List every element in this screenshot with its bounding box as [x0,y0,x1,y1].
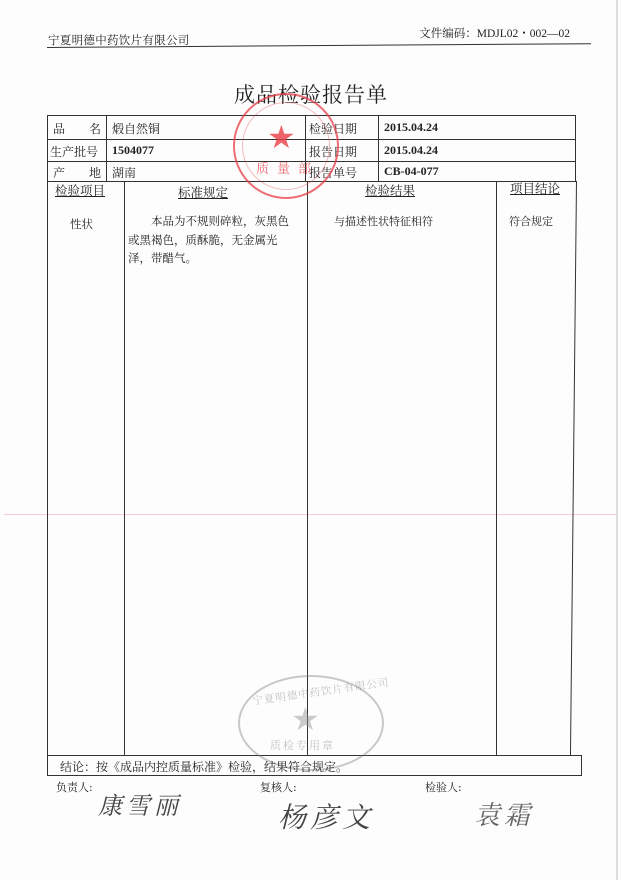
star-icon: ★ [267,118,296,156]
reviewer-signature: 杨彦文 [278,796,374,836]
col-header-standard: 标准规定 [178,183,228,201]
file-code-value: MDJL02・002—02 [477,28,570,40]
scan-artifact-line [4,514,616,515]
col-header-conclusion: 项目结论 [510,179,560,197]
row-conclusion: 符合规定 [509,213,553,229]
inspector-label: 检验人: [425,779,462,795]
batch-label: 生产批号 [50,143,98,160]
reviewer-label: 复核人: [260,779,297,795]
file-code-label: 文件编码： [419,26,477,40]
star-icon: ★ [291,700,320,738]
origin-label: 产 地 [53,164,101,181]
row-result: 与描述性状特征相符 [334,213,433,229]
report-date-value: 2015.04.24 [384,143,438,158]
quality-dept-stamp-text: 质量部 [256,158,319,177]
batch-value: 1504077 [112,143,154,158]
scan-edge [616,0,618,880]
conclusion-text: 结论：按《成品内控质量标准》检验，结果符合规定。 [60,758,348,775]
file-code: 文件编码：MDJL02・002—02 [419,25,570,41]
product-name-label: 品 名 [53,120,101,137]
row-item: 性状 [70,215,93,234]
report-no-value: CB-04-077 [384,164,439,179]
row-standard: 本品为不规则碎粒，灰黑色或黑褐色，质酥脆，无金属光泽，带醋气。 [128,212,300,268]
origin-value: 湖南 [112,164,136,181]
inspector-signature: 袁霜 [474,795,534,832]
qc-seal-text: 质检专用章 [270,737,335,753]
inspect-date-value: 2015.04.24 [384,120,438,135]
responsible-label: 负责人: [56,779,93,795]
responsible-signature: 康雪丽 [98,786,182,821]
col-header-item: 检验项目 [55,181,105,199]
col-header-result: 检验结果 [365,181,415,199]
product-name-value: 煅自然铜 [112,120,160,137]
